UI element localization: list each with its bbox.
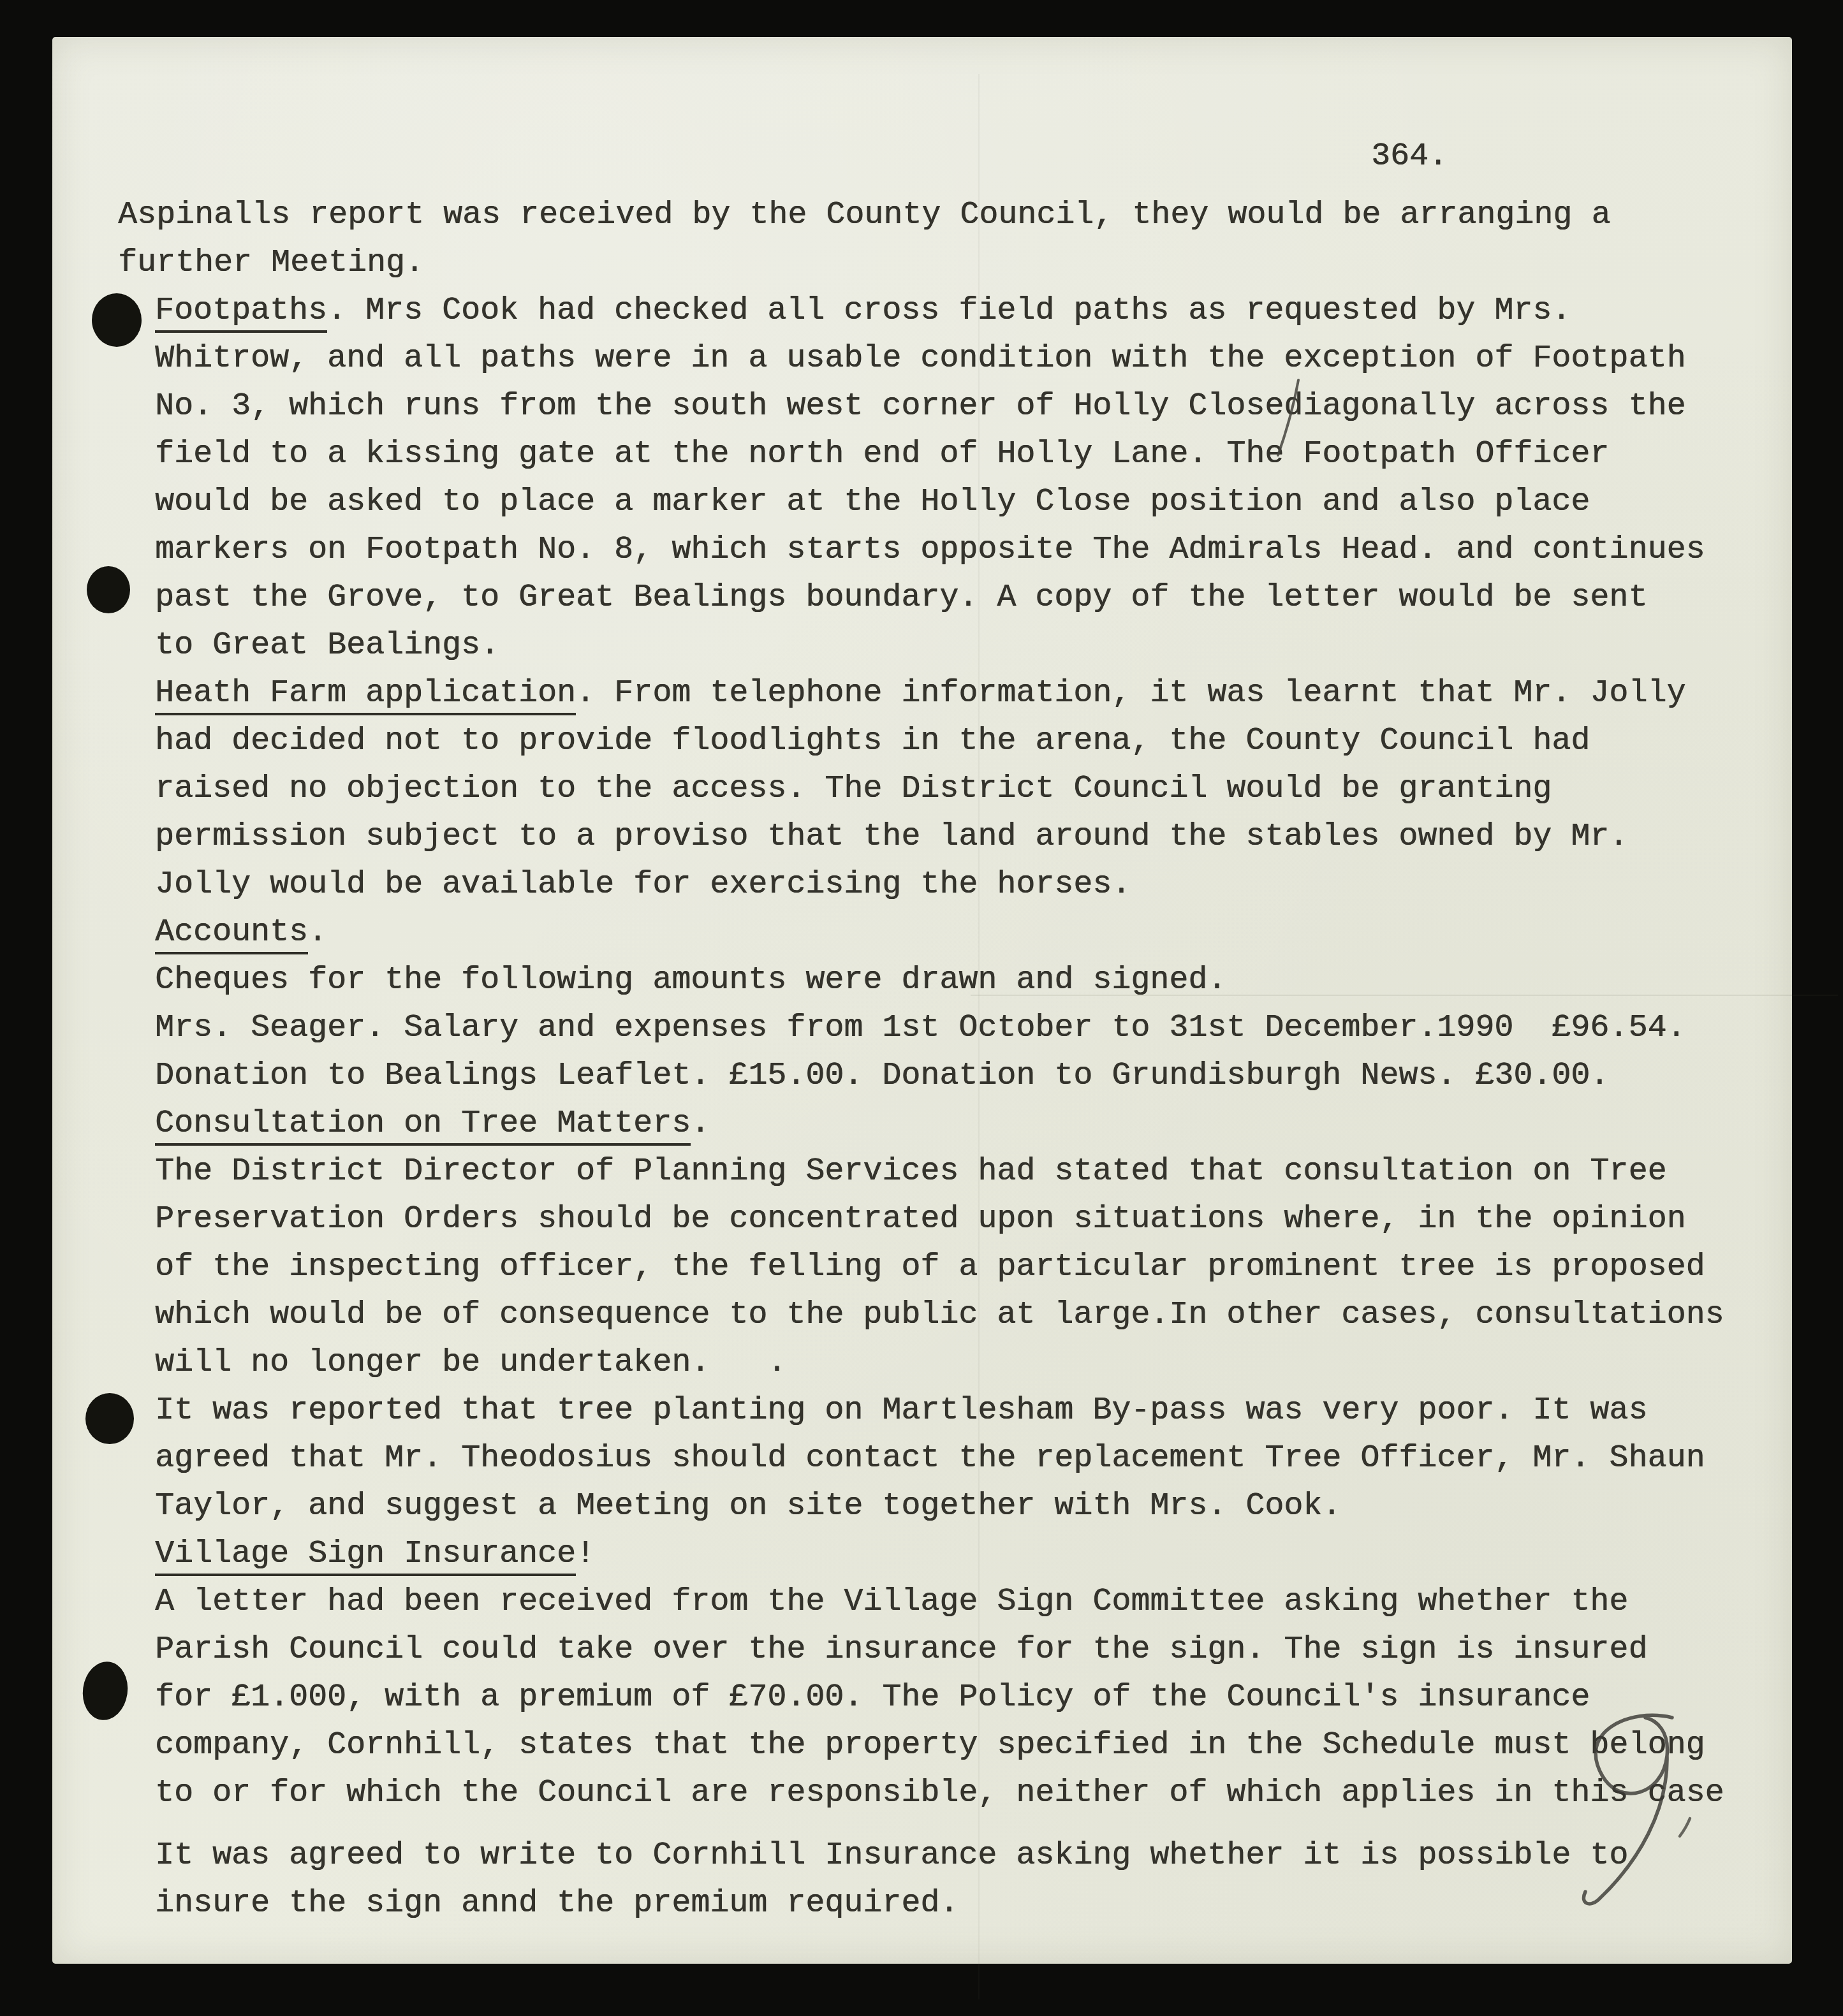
document-line: The District Director of Planning Servic… bbox=[155, 1148, 1794, 1195]
section-heading: Consultation on Tree Matters bbox=[155, 1106, 691, 1146]
document-line: Parish Council could take over the insur… bbox=[155, 1626, 1794, 1674]
scanner-background: 364. Aspinalls report was received by th… bbox=[0, 0, 1843, 2016]
page-number: 364. bbox=[1371, 133, 1448, 180]
document-line: Jolly would be available for exercising … bbox=[155, 861, 1794, 909]
punch-hole bbox=[85, 1393, 134, 1444]
section-heading: Footpaths bbox=[155, 293, 327, 333]
document-line: permission subject to a proviso that the… bbox=[155, 813, 1794, 861]
document-line: to or for which the Council are responsi… bbox=[155, 1769, 1794, 1817]
document-line: to Great Bealings. bbox=[155, 622, 1794, 669]
punch-hole bbox=[87, 566, 130, 613]
document-line: markers on Footpath No. 8, which starts … bbox=[155, 526, 1794, 574]
section-line: Heath Farm application. From telephone i… bbox=[155, 669, 1794, 717]
document-line: past the Grove, to Great Bealings bounda… bbox=[155, 574, 1794, 622]
document-line: of the inspecting officer, the felling o… bbox=[155, 1243, 1794, 1291]
document-line: agreed that Mr. Theodosius should contac… bbox=[155, 1435, 1794, 1482]
section-heading: Village Sign Insurance bbox=[155, 1536, 576, 1576]
document-line: Mrs. Seager. Salary and expenses from 1s… bbox=[155, 1004, 1794, 1052]
section-line: Village Sign Insurance! bbox=[155, 1530, 1794, 1578]
document-line: company, Cornhill, states that the prope… bbox=[155, 1721, 1794, 1769]
punch-hole bbox=[92, 293, 142, 347]
section-line: Footpaths. Mrs Cook had checked all cros… bbox=[155, 287, 1794, 335]
section-line: Consultation on Tree Matters. bbox=[155, 1100, 1794, 1148]
document-line: Preservation Orders should be concentrat… bbox=[155, 1195, 1794, 1243]
document-line: Cheques for the following amounts were d… bbox=[155, 956, 1794, 1004]
document-line: would be asked to place a marker at the … bbox=[155, 478, 1794, 526]
document-line: It was reported that tree planting on Ma… bbox=[155, 1387, 1794, 1435]
document-line: It was agreed to write to Cornhill Insur… bbox=[155, 1832, 1794, 1880]
section-heading: Heath Farm application bbox=[155, 675, 576, 715]
document-line: No. 3, which runs from the south west co… bbox=[155, 383, 1794, 430]
document-line: insure the sign annd the premium require… bbox=[155, 1880, 1794, 1927]
document-line: Donation to Bealings Leaflet. £15.00. Do… bbox=[155, 1052, 1794, 1100]
document-line: Taylor, and suggest a Meeting on site to… bbox=[155, 1482, 1794, 1530]
document-line: Whitrow, and all paths were in a usable … bbox=[155, 335, 1794, 383]
document-line: further Meeting. bbox=[118, 239, 1794, 287]
section-line: Accounts. bbox=[155, 909, 1794, 956]
document-line: which would be of consequence to the pub… bbox=[155, 1291, 1794, 1339]
document-line: raised no objection to the access. The D… bbox=[155, 765, 1794, 813]
section-heading: Accounts bbox=[155, 914, 308, 954]
document-text: Aspinalls report was received by the Cou… bbox=[155, 191, 1794, 1927]
document-line: A letter had been received from the Vill… bbox=[155, 1578, 1794, 1626]
document-line: Aspinalls report was received by the Cou… bbox=[118, 191, 1794, 239]
document-line: for £1.000, with a premium of £70.00. Th… bbox=[155, 1674, 1794, 1721]
document-line: field to a kissing gate at the north end… bbox=[155, 430, 1794, 478]
document-line: had decided not to provide floodlights i… bbox=[155, 717, 1794, 765]
document-line: will no longer be undertaken. . bbox=[155, 1339, 1794, 1387]
